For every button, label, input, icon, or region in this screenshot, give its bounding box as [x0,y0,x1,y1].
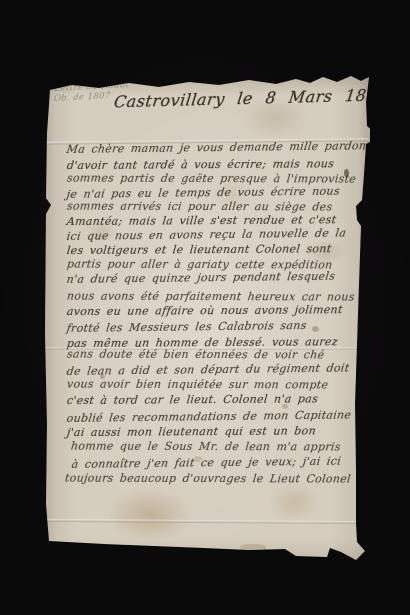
letter-line: homme que le Sous Mr. de lean m'a appris [70,439,371,453]
letter-line: nous avons été parfaitement heureux car … [66,289,367,303]
letter-line: sommes partis de gaëte presque à l'impro… [66,171,367,185]
letter-line: toujours beaucoup d'ouvrages le Lieut Co… [64,471,365,485]
letter-line: ici que nous en avons reçu la nouvelle d… [66,226,368,243]
letter-line: sans doute été bien étonnées de voir ché [66,347,367,361]
stain [240,544,266,552]
letter-line: frotté les Messieurs les Calabrois sans [66,318,368,335]
letter-line: à connaître j'en fait ce que je veux; j'… [71,454,373,471]
photo-background: Lettre de soldat Ob. de 1807 Castrovilla… [0,0,410,615]
letter-dateline: Castrovillary le 8 Mars 1807 [113,86,370,112]
fold-crease [44,519,368,524]
letter-line: les voltigeurs et le lieutenant Colonel … [66,242,368,257]
letter-line: n'a duré que quinze jours pendant lesque… [66,269,368,286]
letter-line: sommes arrivés ici pour aller au siège d… [66,199,367,213]
letter-line: c'est à tord car le lieut. Colonel n'a p… [66,392,368,407]
letter-line: oublié les recommandations de mon Capita… [66,408,368,425]
letter-line: d'avoir tant tardé à vous écrire; mais n… [66,157,368,172]
letter-line: Ma chère maman je vous demande mille par… [66,139,368,156]
letter-line: vous avoir bien inquiétée sur mon compte [66,377,367,391]
letter-line: j'ai aussi mon lieutenant qui est un bon [66,424,368,439]
letter-line: de lean a did et son départ du régiment … [66,361,368,378]
letter-line: avons eu une affaire où nous avons jolim… [66,303,368,318]
letter-line: je n'ai pas eu le temps de vous écrire n… [66,184,368,201]
letter-paper: Lettre de soldat Ob. de 1807 Castrovilla… [44,74,370,564]
